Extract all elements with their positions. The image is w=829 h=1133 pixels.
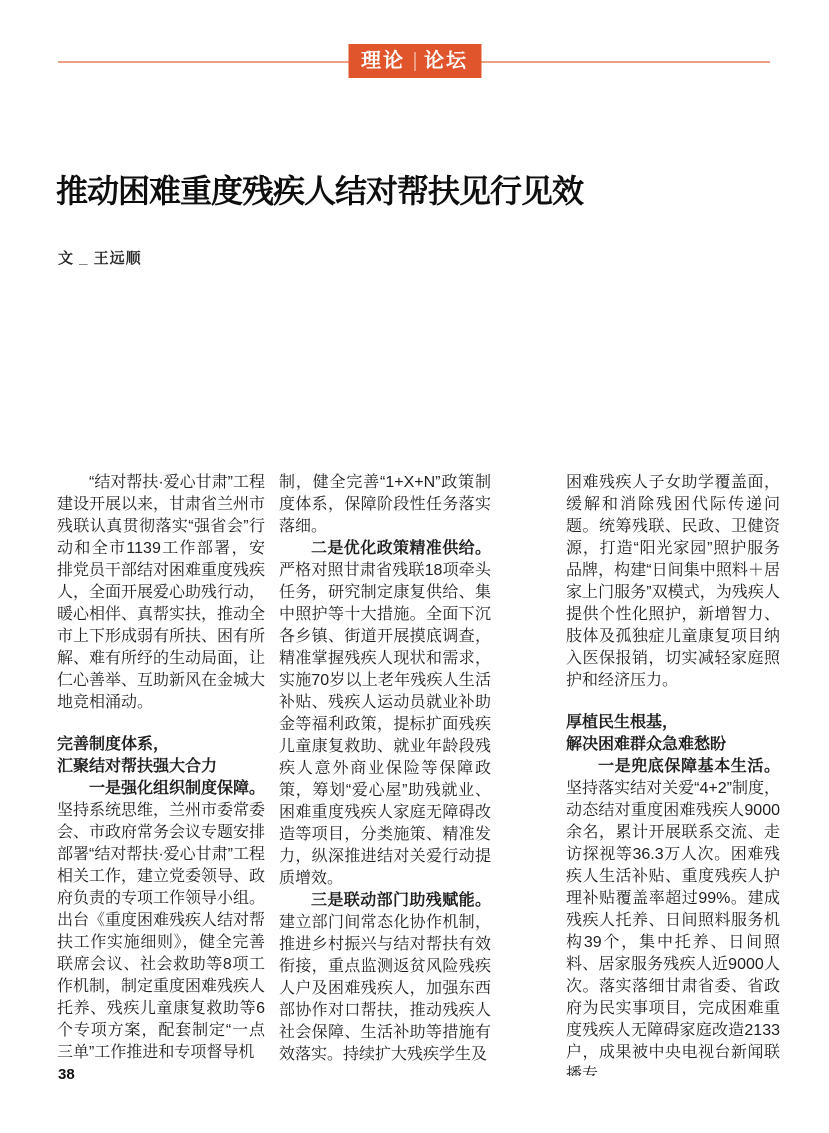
paragraph-continuation: 困难残疾人子女助学覆盖面，缓解和消除残困代际传递问题。统筹残联、民政、卫健资源，… <box>566 472 780 692</box>
magazine-page: 理论 论坛 推动困难重度残疾人结对帮扶见行见效 文 _ 王远顺 “结对帮扶·爱心… <box>0 0 829 1133</box>
paragraph-text: 严格对照甘肃省残联18项牵头任务，研究制定康复供给、集中照护等十大措施。全面下沉… <box>279 562 491 887</box>
subheading-line: 厚植民生根基， <box>566 712 780 734</box>
section-subheading: 厚植民生根基， 解决困难群众急难愁盼 <box>566 712 780 756</box>
subheading-line: 完善制度体系， <box>57 734 265 756</box>
article-title: 推动困难重度残疾人结对帮扶见行见效 <box>56 166 583 212</box>
paragraph-lead: 二是优化政策精准供给。 <box>311 540 491 557</box>
section-badge-left-label: 理论 <box>361 49 405 73</box>
text-column-3: 困难残疾人子女助学覆盖面，缓解和消除残困代际传递问题。统筹残联、民政、卫健资源，… <box>566 472 780 1076</box>
paragraph-lead: 三是联动部门助残赋能。 <box>311 892 491 909</box>
paragraph-text: 坚持落实结对关爱“4+2”制度，动态结对重度困难残疾人9000余名，累计开展联系… <box>566 780 780 1076</box>
paragraph: “结对帮扶·爱心甘肃”工程建设开展以来，甘肃省兰州市残联认真贯彻落实“强省会”行… <box>57 472 265 714</box>
section-badge: 理论 论坛 <box>348 44 481 78</box>
subheading-line: 汇聚结对帮扶强大合力 <box>57 756 265 778</box>
paragraph: 二是优化政策精准供给。严格对照甘肃省残联18项牵头任务，研究制定康复供给、集中照… <box>279 538 491 890</box>
paragraph-text: 建立部门间常态化协作机制，推进乡村振兴与结对帮扶有效衔接，重点监测返贫风险残疾人… <box>279 914 491 1063</box>
paragraph-continuation: 制，健全完善“1+X+N”政策制度体系，保障阶段性任务落实落细。 <box>279 472 491 538</box>
text-column-1: “结对帮扶·爱心甘肃”工程建设开展以来，甘肃省兰州市残联认真贯彻落实“强省会”行… <box>57 472 265 1076</box>
section-badge-divider <box>414 52 415 71</box>
article-byline: 文 _ 王远顺 <box>58 247 142 268</box>
paragraph: 三是联动部门助残赋能。建立部门间常态化协作机制，推进乡村振兴与结对帮扶有效衔接，… <box>279 890 491 1066</box>
paragraph-lead: 一是强化组织制度保障。 <box>89 780 265 797</box>
paragraph-lead: 一是兜底保障基本生活。 <box>598 758 780 775</box>
subheading-line: 解决困难群众急难愁盼 <box>566 734 780 756</box>
section-badge-right-label: 论坛 <box>424 49 468 73</box>
page-number: 38 <box>58 1066 75 1083</box>
paragraph: 一是强化组织制度保障。坚持系统思维，兰州市委常委会、市政府常务会议专题安排部署“… <box>57 778 265 1064</box>
section-subheading: 完善制度体系， 汇聚结对帮扶强大合力 <box>57 734 265 778</box>
text-column-2: 制，健全完善“1+X+N”政策制度体系，保障阶段性任务落实落细。 二是优化政策精… <box>279 472 491 1076</box>
paragraph: 一是兜底保障基本生活。坚持落实结对关爱“4+2”制度，动态结对重度困难残疾人90… <box>566 756 780 1076</box>
paragraph-text: 坚持系统思维，兰州市委常委会、市政府常务会议专题安排部署“结对帮扶·爱心甘肃”工… <box>57 802 265 1061</box>
